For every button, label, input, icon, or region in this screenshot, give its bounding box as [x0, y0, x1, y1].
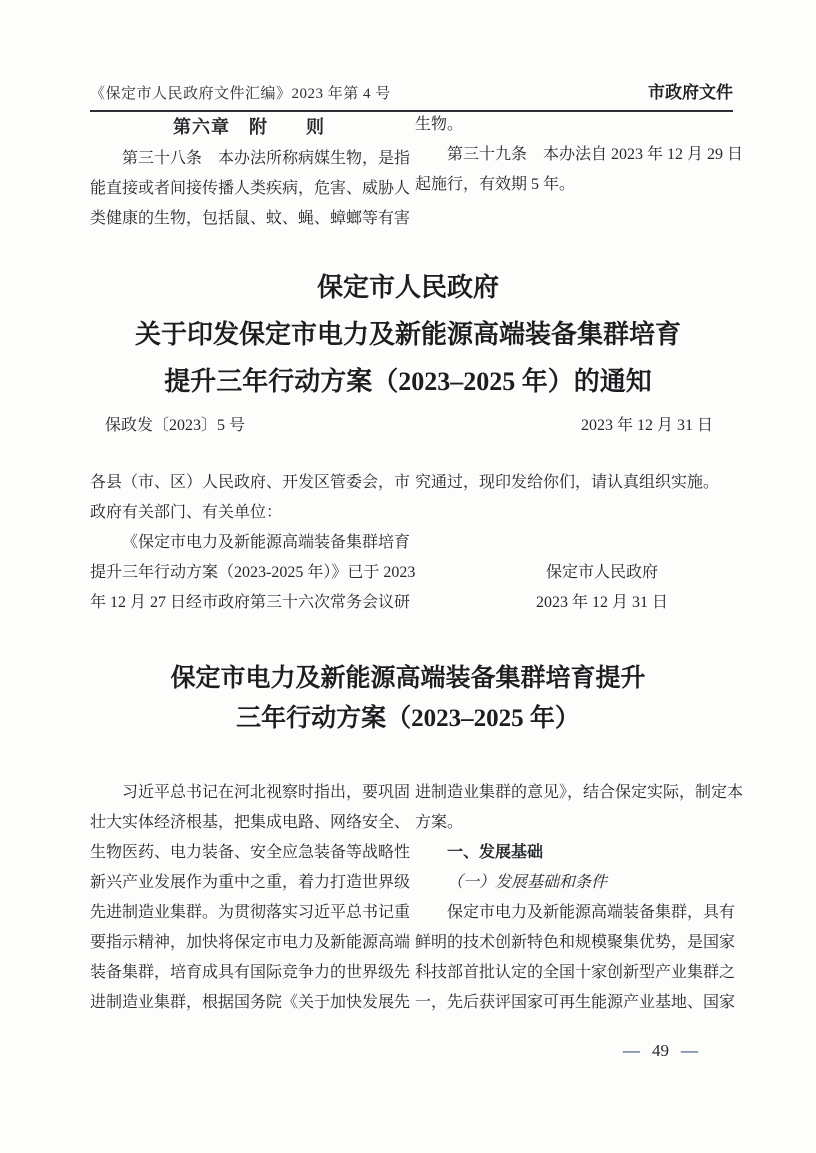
text-line: 类健康的生物，包括鼠、蚊、蝇、蟑螂等有害 [90, 204, 408, 234]
doc-number: 保政发〔2023〕5 号 [90, 414, 245, 438]
text-line: 生物医药、电力装备、安全应急装备等战略性 [90, 838, 408, 868]
section-heading: 一、发展基础 [415, 838, 733, 868]
page-number: 49 [652, 1040, 669, 1062]
header-doc-category: 市政府文件 [648, 78, 733, 103]
vertical-gap [415, 498, 733, 558]
text-line: 习近平总书记在河北视察时指出，要巩固 [90, 778, 408, 808]
chapter-heading: 第六章 附 则 [90, 110, 408, 144]
header-compilation-title: 《保定市人民政府文件汇编》2023 年第 4 号 [90, 82, 391, 103]
plan-body: 习近平总书记在河北视察时指出，要巩固 壮大实体经济根基，把集成电路、网络安全、 … [90, 778, 733, 1018]
text-line: 《保定市电力及新能源高端装备集群培育 [90, 528, 408, 558]
text-line: 保定市电力及新能源高端装备集群，具有 [415, 898, 733, 928]
text-line: 要指示精神，加快将保定市电力及新能源高端 [90, 928, 408, 958]
text-line: 各县（市、区）人民政府、开发区管委会，市 [90, 468, 408, 498]
text-line: 装备集群，培育成具有国际竞争力的世界级先 [90, 958, 408, 988]
signature-issuer: 保定市人民政府 [415, 558, 733, 588]
top-right-column: 生物。 第三十九条 本办法自 2023 年 12 月 29 日 起施行，有效期 … [415, 110, 733, 234]
page-number-footer: — 49 — [623, 1040, 698, 1062]
notice-right-column: 究通过，现印发给你们，请认真组织实施。 保定市人民政府 2023 年 12 月 … [415, 468, 733, 618]
text-line: 生物。 [415, 110, 733, 140]
page-header: 《保定市人民政府文件汇编》2023 年第 4 号 市政府文件 [90, 78, 733, 112]
text-line: 方案。 [415, 808, 733, 838]
text-line: 年 12 月 27 日经市政府第三十六次常务会议研 [90, 588, 408, 618]
text-line: 壮大实体经济根基，把集成电路、网络安全、 [90, 808, 408, 838]
plan-title-line: 三年行动方案（2023–2025 年） [0, 699, 816, 739]
signature-date: 2023 年 12 月 31 日 [415, 588, 733, 618]
top-section: 第六章 附 则 第三十八条 本办法所称病媒生物，是指 能直接或者间接传播人类疾病… [90, 110, 733, 234]
notice-title-line: 提升三年行动方案（2023–2025 年）的通知 [0, 358, 816, 405]
doc-number-row: 保政发〔2023〕5 号 2023 年 12 月 31 日 [90, 414, 733, 438]
text-line: 提升三年行动方案（2023-2025 年）》已于 2023 [90, 558, 408, 588]
notice-title-line: 关于印发保定市电力及新能源高端装备集群培育 [0, 311, 816, 358]
text-line: 进制造业集群，根据国务院《关于加快发展先 [90, 988, 408, 1018]
text-line: 能直接或者间接传播人类疾病，危害、威胁人 [90, 174, 408, 204]
plan-left-column: 习近平总书记在河北视察时指出，要巩固 壮大实体经济根基，把集成电路、网络安全、 … [90, 778, 408, 1018]
page-number-dash: — [681, 1040, 698, 1062]
notice-left-column: 各县（市、区）人民政府、开发区管委会，市 政府有关部门、有关单位： 《保定市电力… [90, 468, 408, 618]
doc-issue-date: 2023 年 12 月 31 日 [581, 414, 733, 438]
text-line: 起施行，有效期 5 年。 [415, 170, 733, 200]
notice-title: 保定市人民政府 关于印发保定市电力及新能源高端装备集群培育 提升三年行动方案（2… [0, 264, 816, 405]
text-line: 第三十八条 本办法所称病媒生物，是指 [90, 144, 408, 174]
text-line: 第三十九条 本办法自 2023 年 12 月 29 日 [415, 140, 733, 170]
plan-title: 保定市电力及新能源高端装备集群培育提升 三年行动方案（2023–2025 年） [0, 659, 816, 739]
text-line: 先进制造业集群。为贯彻落实习近平总书记重 [90, 898, 408, 928]
text-line: 政府有关部门、有关单位： [90, 498, 408, 528]
text-line: 科技部首批认定的全国十家创新型产业集群之 [415, 958, 733, 988]
plan-right-column: 进制造业集群的意见》，结合保定实际，制定本 方案。 一、发展基础 （一）发展基础… [415, 778, 733, 1018]
subsection-heading: （一）发展基础和条件 [415, 868, 733, 898]
top-left-column: 第六章 附 则 第三十八条 本办法所称病媒生物，是指 能直接或者间接传播人类疾病… [90, 110, 408, 234]
notice-title-line: 保定市人民政府 [0, 264, 816, 311]
document-page: 《保定市人民政府文件汇编》2023 年第 4 号 市政府文件 第六章 附 则 第… [0, 0, 816, 1153]
text-line: 进制造业集群的意见》，结合保定实际，制定本 [415, 778, 733, 808]
text-line: 新兴产业发展作为重中之重，着力打造世界级 [90, 868, 408, 898]
text-line: 一，先后获评国家可再生能源产业基地、国家 [415, 988, 733, 1018]
plan-title-line: 保定市电力及新能源高端装备集群培育提升 [0, 659, 816, 699]
text-line: 究通过，现印发给你们，请认真组织实施。 [415, 468, 733, 498]
notice-body: 各县（市、区）人民政府、开发区管委会，市 政府有关部门、有关单位： 《保定市电力… [90, 468, 733, 618]
page-number-dash: — [623, 1040, 640, 1062]
text-line: 鲜明的技术创新特色和规模聚集优势，是国家 [415, 928, 733, 958]
